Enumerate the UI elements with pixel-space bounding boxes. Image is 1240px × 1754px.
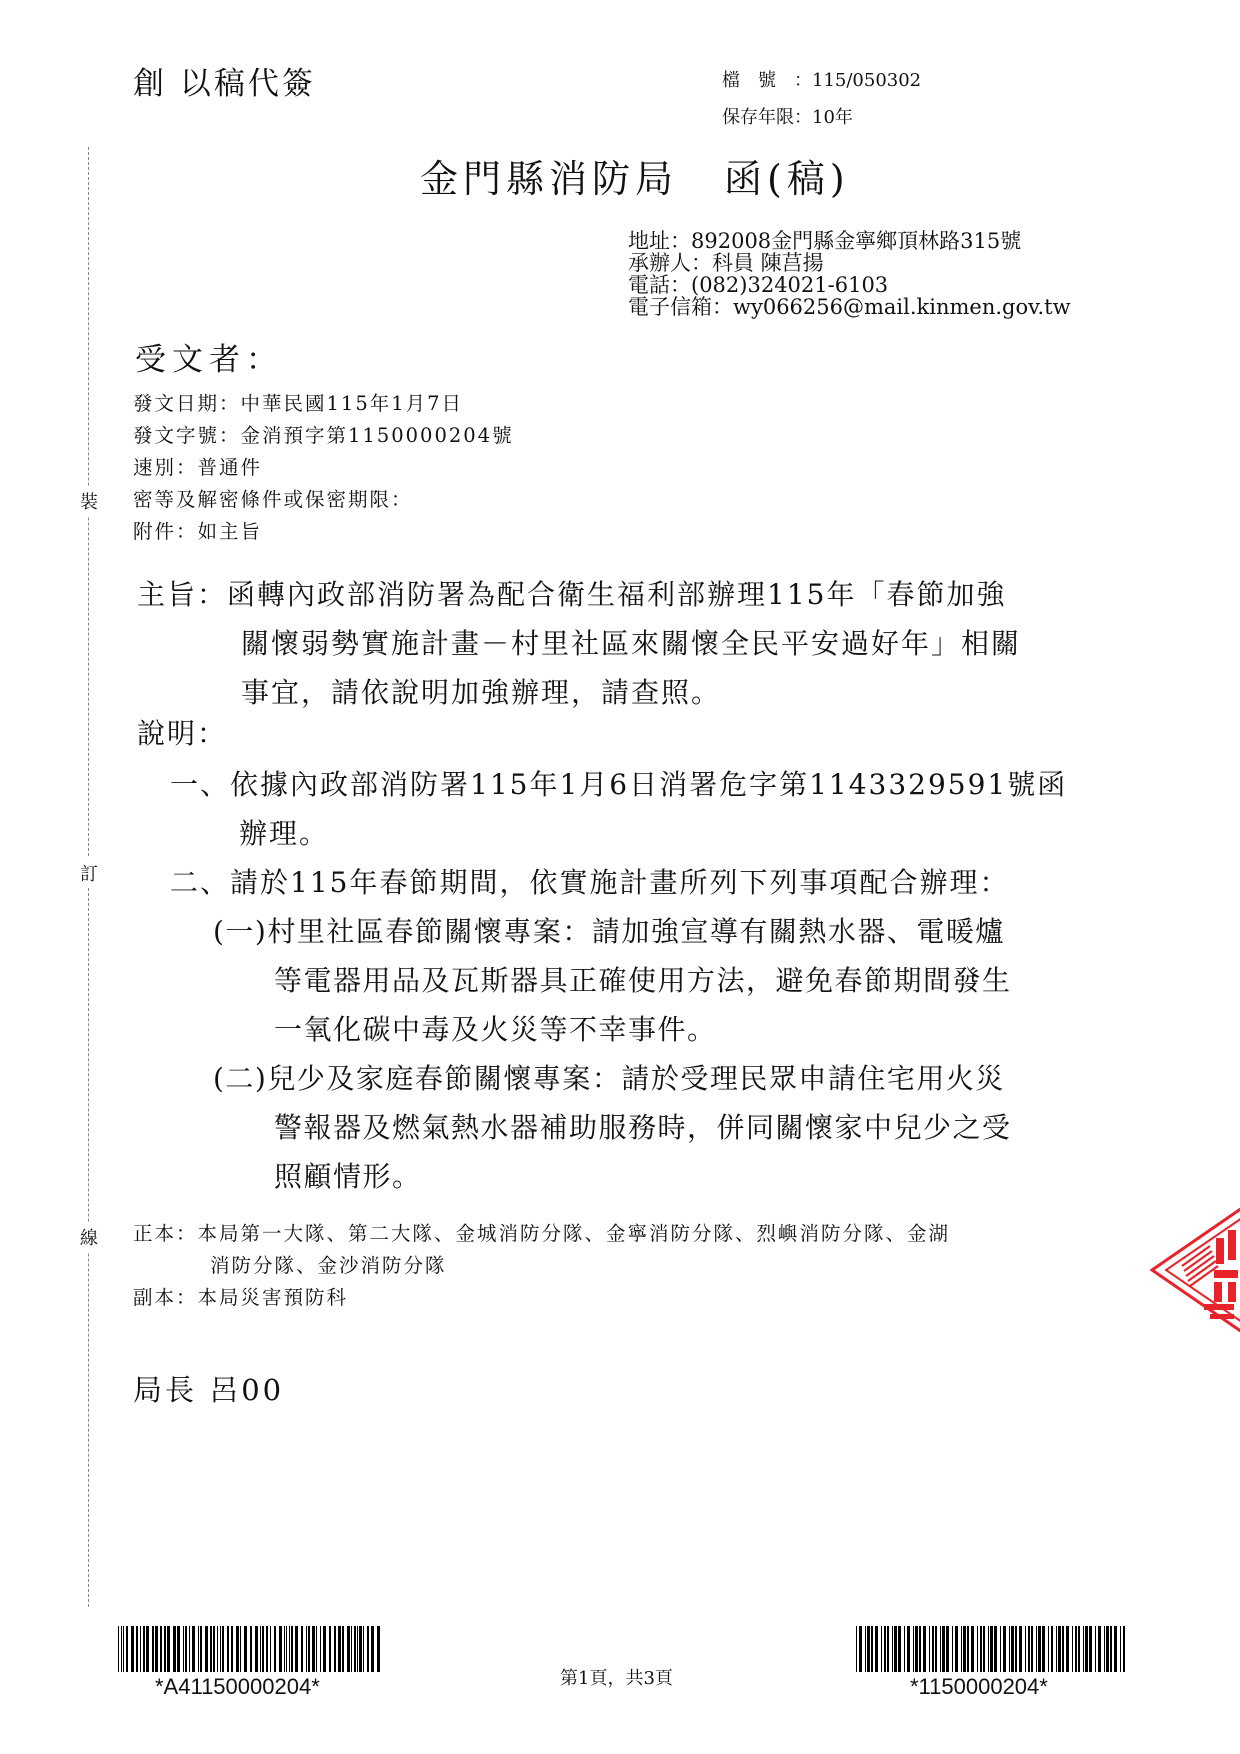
retention-value: ：10年 (794, 107, 853, 128)
speed-class: 速別：普通件 (133, 452, 514, 484)
explanation-line: (二)兒少及家庭春節關懷專案：請於受理民眾申請住宅用火災 (213, 1054, 1012, 1103)
subject-section: 主旨：函轉內政部消防署為配合衛生福利部辦理115年「春節加強 關懷弱勢實施計畫－… (137, 570, 1127, 717)
explanation-line: 等電器用品及瓦斯器具正確使用方法，避免春節期間發生 (213, 956, 1012, 1005)
barcode-left-text: *A41150000204* (155, 1674, 320, 1700)
file-number-label: 檔號 (722, 70, 794, 91)
explanation-line: 辦理。 (170, 809, 1067, 858)
explanation-sub-item-1: (一)村里社區春節關懷專案：請加強宣導有關熱水器、電暖爐 等電器用品及瓦斯器具正… (213, 907, 1012, 1054)
retention-period: 保存年限：10年 (722, 103, 853, 129)
explanation-heading: 說明： (137, 712, 227, 752)
copy-recipients: 副本：本局災害預防科 (133, 1282, 950, 1314)
barcode-right (856, 1626, 1126, 1672)
original-recipients: 正本：本局第一大隊、第二大隊、金城消防分隊、金寧消防分隊、烈嶼消防分隊、金湖 (133, 1218, 950, 1250)
document-meta: 發文日期：中華民國115年1月7日 發文字號：金消預字第1150000204號 … (133, 388, 514, 548)
agency-name: 金門縣消防局 (420, 157, 678, 201)
issue-date: 發文日期：中華民國115年1月7日 (133, 388, 514, 420)
contact-block: 地址：892008金門縣金寧鄉頂林路315號 承辦人：科員 陳莒揚 電話：(08… (628, 230, 1071, 318)
attachment: 附件：如主旨 (133, 516, 514, 548)
classification: 密等及解密條件或保密期限： (133, 484, 514, 516)
explanation-line: 警報器及燃氣熱水器補助服務時，併同關懷家中兒少之受 (213, 1103, 1012, 1152)
email: 電子信箱：wy066256@mail.kinmen.gov.tw (628, 296, 1071, 318)
original-recipients-cont: 消防分隊、金沙消防分隊 (133, 1250, 950, 1282)
issue-number: 發文字號：金消預字第1150000204號 (133, 420, 514, 452)
barcode-right-text: *1150000204* (910, 1674, 1048, 1700)
explanation-line: (一)村里社區春節關懷專案：請加強宣導有關熱水器、電暖爐 (213, 907, 1012, 956)
address: 地址：892008金門縣金寧鄉頂林路315號 (628, 230, 1071, 252)
explanation-line: 照顧情形。 (213, 1152, 1012, 1201)
subject-line: 關懷弱勢實施計畫－村里社區來關懷全民平安過好年」相關 (137, 619, 1127, 668)
phone: 電話：(082)324021-6103 (628, 274, 1071, 296)
binding-mark-zhuang: 裝 (78, 486, 100, 516)
explanation-item-2: 二、請於115年春節期間，依實施計畫所列下列事項配合辦理： (170, 858, 1009, 907)
binding-mark-ding: 訂 (78, 858, 100, 888)
page-indicator: 第1頁，共3頁 (560, 1664, 673, 1690)
recipient-label: 受文者： (135, 334, 283, 379)
document-title: 金門縣消防局函(稿) (420, 148, 850, 203)
signature-chief: 局長 呂00 (133, 1368, 284, 1409)
explanation-sub-item-2: (二)兒少及家庭春節關懷專案：請於受理民眾申請住宅用火災 警報器及燃氣熱水器補助… (213, 1054, 1012, 1201)
explanation-line: 一、依據內政部消防署115年1月6日消署危字第1143329591號函 (170, 760, 1067, 809)
document-type: 函(稿) (724, 157, 850, 201)
explanation-item-1: 一、依據內政部消防署115年1月6日消署危字第1143329591號函 辦理。 (170, 760, 1067, 858)
subject-line: 主旨：函轉內政部消防署為配合衛生福利部辦理115年「春節加強 (137, 570, 1127, 619)
file-number: 檔號：115/050302 (722, 66, 921, 92)
official-seal-stamp (1148, 1208, 1240, 1332)
distribution-list: 正本：本局第一大隊、第二大隊、金城消防分隊、金寧消防分隊、烈嶼消防分隊、金湖 消… (133, 1218, 950, 1314)
retention-label: 保存年限 (722, 107, 794, 128)
binding-mark-xian: 線 (78, 1222, 100, 1252)
draft-sign-mark: 創 以稿代簽 (133, 58, 316, 103)
explanation-line: 二、請於115年春節期間，依實施計畫所列下列事項配合辦理： (170, 858, 1009, 907)
subject-line: 事宜，請依說明加強辦理，請查照。 (137, 668, 1127, 717)
handler: 承辦人：科員 陳莒揚 (628, 252, 1071, 274)
explanation-line: 一氧化碳中毒及火災等不幸事件。 (213, 1005, 1012, 1054)
barcode-left (118, 1626, 383, 1672)
file-number-value: ：115/050302 (794, 70, 921, 91)
